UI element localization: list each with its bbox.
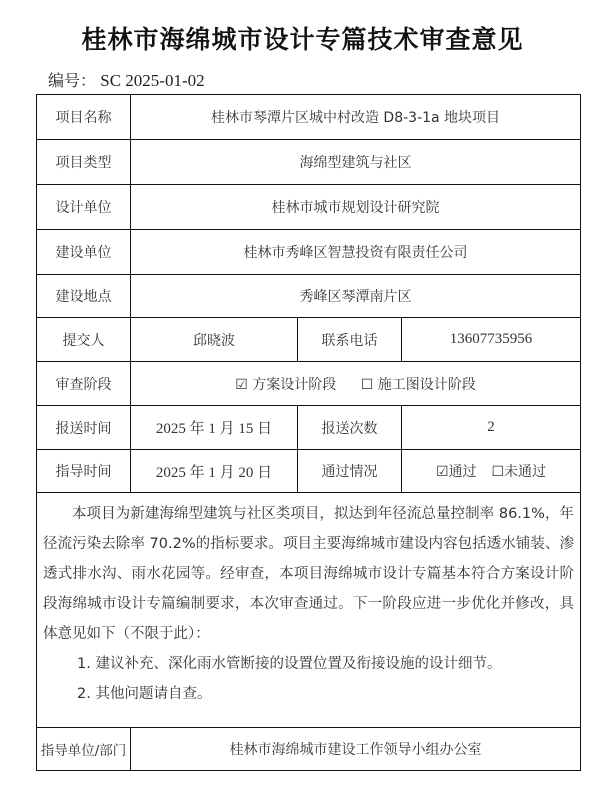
row-opinion: 本项目为新建海绵型建筑与社区类项目，拟达到年径流总量控制率 86.1%，年径流污… bbox=[37, 493, 581, 728]
row-review-stage: 审查阶段 ☑ 方案设计阶段 ☐ 施工图设计阶段 bbox=[37, 362, 581, 406]
submit-time-label: 报送时间 bbox=[37, 406, 131, 450]
review-stage-label: 审查阶段 bbox=[37, 362, 131, 406]
opinion-items: 1. 建议补充、深化雨水管断接的设置位置及衔接设施的设计细节。 2. 其他问题请… bbox=[43, 649, 574, 709]
unchecked-checkbox-icon[interactable]: ☐ bbox=[361, 377, 374, 393]
design-unit-value: 桂林市城市规划设计研究院 bbox=[131, 185, 581, 230]
stage-option-scheme[interactable]: ☑ 方案设计阶段 bbox=[235, 374, 336, 394]
checked-checkbox-icon[interactable]: ☑ bbox=[235, 377, 248, 393]
submit-time-value: 2025 年 1 月 15 日 bbox=[131, 406, 298, 450]
project-name-label: 项目名称 bbox=[37, 95, 131, 140]
stage-option-label: 方案设计阶段 bbox=[252, 377, 336, 393]
construction-site-label: 建设地点 bbox=[37, 275, 131, 318]
review-stage-options: ☑ 方案设计阶段 ☐ 施工图设计阶段 bbox=[131, 362, 581, 406]
submitter-label: 提交人 bbox=[37, 318, 131, 362]
project-name-value: 桂林市琴潭片区城中村改造 D8-3-1a 地块项目 bbox=[131, 95, 581, 140]
construction-site-value: 秀峰区琴潭南片区 bbox=[131, 275, 581, 318]
checked-checkbox-icon[interactable]: ☑ bbox=[436, 464, 449, 480]
stage-option-label: 施工图设计阶段 bbox=[378, 377, 476, 393]
phone-value: 13607735956 bbox=[402, 318, 581, 362]
guide-time-label: 指导时间 bbox=[37, 450, 131, 493]
phone-label: 联系电话 bbox=[298, 318, 402, 362]
guide-unit-value: 桂林市海绵城市建设工作领导小组办公室 bbox=[131, 728, 581, 771]
pass-option-label: 通过 bbox=[449, 464, 477, 480]
row-project-name: 项目名称 桂林市琴潭片区城中村改造 D8-3-1a 地块项目 bbox=[37, 95, 581, 140]
review-opinion: 本项目为新建海绵型建筑与社区类项目，拟达到年径流总量控制率 86.1%，年径流污… bbox=[37, 493, 581, 728]
project-type-label: 项目类型 bbox=[37, 140, 131, 185]
row-guide-time: 指导时间 2025 年 1 月 20 日 通过情况 ☑通过 ☐未通过 bbox=[37, 450, 581, 493]
row-submit-time: 报送时间 2025 年 1 月 15 日 报送次数 2 bbox=[37, 406, 581, 450]
submitter-value: 邱晓波 bbox=[131, 318, 298, 362]
row-construction-unit: 建设单位 桂林市秀峰区智慧投资有限责任公司 bbox=[37, 230, 581, 275]
pass-option-passed[interactable]: ☑通过 bbox=[436, 464, 481, 480]
document-title: 桂林市海绵城市设计专篇技术审查意见 bbox=[0, 20, 605, 56]
pass-status-label: 通过情况 bbox=[298, 450, 402, 493]
submit-count-label: 报送次数 bbox=[298, 406, 402, 450]
row-submitter: 提交人 邱晓波 联系电话 13607735956 bbox=[37, 318, 581, 362]
document-number-value: SC 2025-01-02 bbox=[100, 71, 204, 90]
submit-count-value: 2 bbox=[402, 406, 581, 450]
row-project-type: 项目类型 海绵型建筑与社区 bbox=[37, 140, 581, 185]
unchecked-checkbox-icon[interactable]: ☐ bbox=[491, 464, 504, 480]
design-unit-label: 设计单位 bbox=[37, 185, 131, 230]
construction-unit-value: 桂林市秀峰区智慧投资有限责任公司 bbox=[131, 230, 581, 275]
guide-unit-label: 指导单位/部门 bbox=[37, 728, 131, 771]
row-construction-site: 建设地点 秀峰区琴潭南片区 bbox=[37, 275, 581, 318]
guide-time-value: 2025 年 1 月 20 日 bbox=[131, 450, 298, 493]
stage-option-construction-drawing[interactable]: ☐ 施工图设计阶段 bbox=[361, 374, 476, 394]
document-number: 编号： SC 2025-01-02 bbox=[48, 68, 205, 91]
document-number-label: 编号： bbox=[48, 71, 96, 90]
opinion-item: 2. 其他问题请自查。 bbox=[43, 679, 574, 709]
project-type-value: 海绵型建筑与社区 bbox=[131, 140, 581, 185]
row-design-unit: 设计单位 桂林市城市规划设计研究院 bbox=[37, 185, 581, 230]
opinion-item: 1. 建议补充、深化雨水管断接的设置位置及衔接设施的设计细节。 bbox=[43, 649, 574, 679]
row-guide-unit: 指导单位/部门 桂林市海绵城市建设工作领导小组办公室 bbox=[37, 728, 581, 771]
review-form-table: 项目名称 桂林市琴潭片区城中村改造 D8-3-1a 地块项目 项目类型 海绵型建… bbox=[36, 94, 581, 771]
opinion-paragraph: 本项目为新建海绵型建筑与社区类项目，拟达到年径流总量控制率 86.1%，年径流污… bbox=[43, 499, 574, 649]
construction-unit-label: 建设单位 bbox=[37, 230, 131, 275]
pass-status-options: ☑通过 ☐未通过 bbox=[402, 450, 581, 493]
pass-option-not-passed[interactable]: ☐未通过 bbox=[491, 464, 546, 480]
pass-option-label: 未通过 bbox=[504, 464, 546, 480]
